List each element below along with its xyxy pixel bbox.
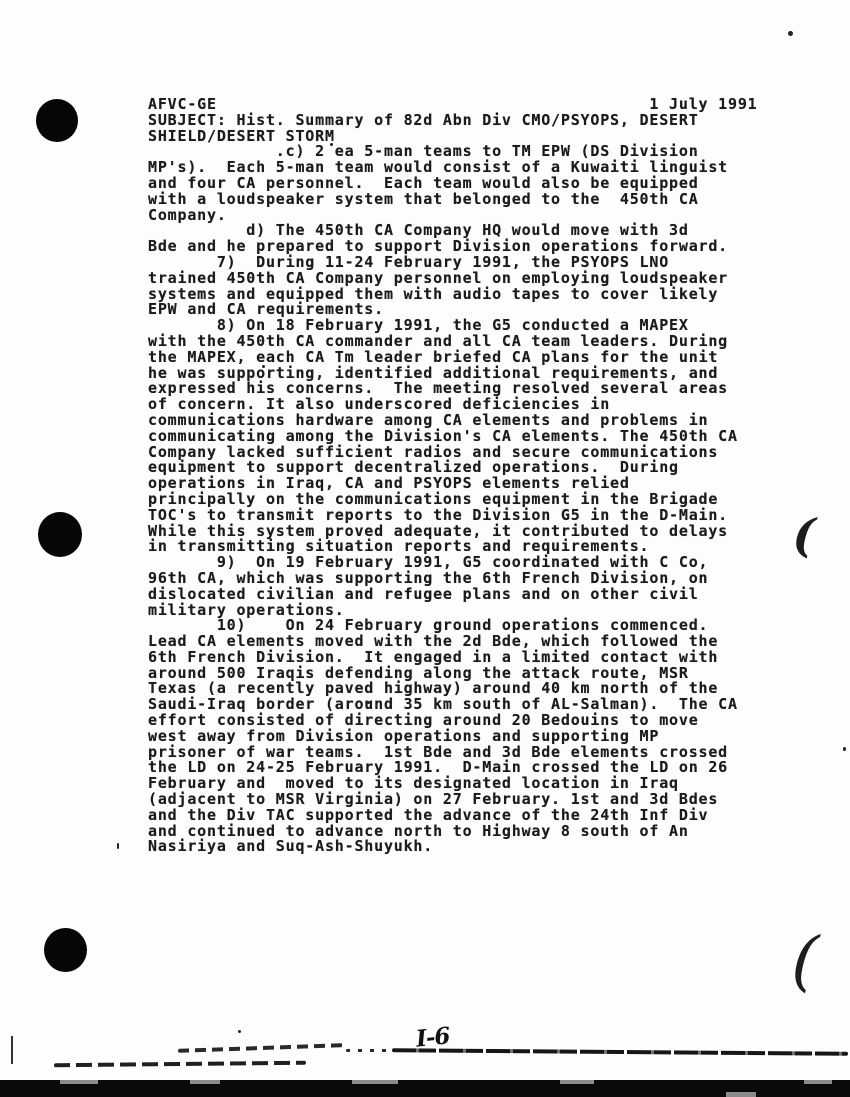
- paragraph-sub-c-d: .c) 2 ea 5-man teams to TM EPW (DS Divis…: [148, 144, 808, 255]
- handwritten-paren-mark-1: (: [791, 507, 816, 562]
- paragraph-8: 8) On 18 February 1991, the G5 conducted…: [148, 318, 808, 555]
- scanner-black-bar: [0, 1080, 850, 1097]
- scan-speck: [367, 701, 370, 704]
- scan-bar-gap: [726, 1092, 756, 1097]
- hole-punch-mark-top: [36, 99, 78, 142]
- scan-bar-gap: [560, 1080, 594, 1084]
- document-body: AFVC-GE 1 July 1991 SUBJECT: Hist. Summa…: [148, 97, 808, 855]
- hole-punch-mark-middle: [38, 512, 82, 557]
- scan-edge-artifact: [11, 1036, 13, 1064]
- scan-bar-gap: [190, 1080, 220, 1084]
- handwritten-paren-mark-2: (: [789, 921, 820, 1000]
- paragraph-9: 9) On 19 February 1991, G5 coordinated w…: [148, 555, 808, 618]
- scan-speck: [788, 31, 793, 36]
- scan-bar-gap: [60, 1080, 98, 1084]
- scan-speck: [330, 143, 333, 146]
- document-header: AFVC-GE 1 July 1991 SUBJECT: Hist. Summa…: [148, 97, 808, 144]
- scan-speck: [262, 365, 265, 368]
- scan-bar-gap: [804, 1080, 832, 1084]
- paragraph-7: 7) During 11-24 February 1991, the PSYOP…: [148, 255, 808, 318]
- hole-punch-mark-bottom: [44, 928, 87, 972]
- scan-speck: [117, 843, 119, 849]
- scan-smudge-line: [54, 1061, 306, 1068]
- scan-smudge-line: [392, 1048, 848, 1056]
- scan-smudge-line: [178, 1043, 343, 1053]
- scan-smudge-dots: [346, 1049, 388, 1052]
- scan-speck: [238, 1030, 241, 1033]
- scan-speck: [843, 747, 846, 751]
- scanned-document-page: AFVC-GE 1 July 1991 SUBJECT: Hist. Summa…: [0, 0, 850, 1097]
- paragraph-10: 10) On 24 February ground operations com…: [148, 618, 808, 855]
- scan-bar-gap: [352, 1080, 398, 1084]
